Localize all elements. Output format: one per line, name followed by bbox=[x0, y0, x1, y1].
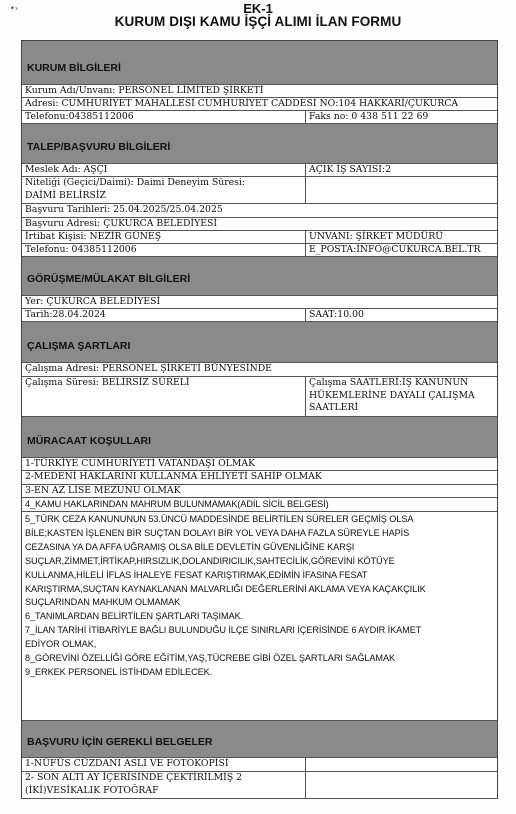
requirement-item: 1-TÜRKİYE CUMHURİYETİ VATANDAŞI OLMAK bbox=[22, 458, 497, 471]
section-title: TALEP/BAŞVURU BİLGİLERİ bbox=[27, 141, 170, 153]
requirement-line: BİLE;KASTEN İŞLENEN BİR SUÇTAN DOLAYI Bİ… bbox=[25, 527, 494, 541]
table-row: Çalışma Süresi: BELİRSİZ SÜRELİ Çalışma … bbox=[22, 377, 497, 417]
section-title: MÜRACAAT KOŞULLARI bbox=[27, 435, 151, 447]
requirement-line: KULLANMA,HİLELİ İFLAS İHALEYE FESAT KARI… bbox=[25, 569, 494, 583]
interview-time: SAAT:10.00 bbox=[306, 309, 497, 321]
requirement-line: 6_TANIMLARDAN BELİRTİLEN ŞARTLARI TAŞIMA… bbox=[25, 610, 494, 624]
table-row: Meslek Adı: AŞÇI AÇIK İŞ SAYISI:2 bbox=[22, 164, 497, 177]
table-row: Yer: ÇUKURCA BELEDİYESİ bbox=[22, 296, 497, 309]
requirement-line: 5_TÜRK CEZA KANUNUNUN 53.ÜNCÜ MADDESİNDE… bbox=[25, 513, 494, 527]
table-row: Başvuru Adresi: ÇUKURCA BELEDİYESİ bbox=[22, 218, 497, 231]
table-row: Adresi: CUMHURİYET MAHALLESİ CUMHURİYET … bbox=[22, 98, 497, 111]
requirement-item: 3-EN AZ LİSE MEZUNU OLMAK bbox=[22, 485, 497, 498]
section-title: KURUM BİLGİLERİ bbox=[27, 62, 121, 74]
requirement-line: 7_İLAN TARİHİ İTİBARİYLE BAĞLI BULUNDUĞU… bbox=[25, 624, 494, 638]
table-row: Niteliği (Geçici/Daimi): Daimi Deneyim S… bbox=[22, 177, 497, 204]
requirement-line: EDİYOR OLMAK, bbox=[25, 638, 494, 652]
section-header-muracaat: MÜRACAAT KOŞULLARI bbox=[22, 417, 497, 458]
document-text: 1-NÜFÜS CÜZDANI ASLI VE FOTOKOPİSİ bbox=[22, 758, 306, 771]
requirement-text: 2-MEDENİ HAKLARINI KULLANMA EHLİYETİ SAH… bbox=[22, 471, 497, 484]
interview-date: Tarih:28.04.2024 bbox=[22, 309, 306, 321]
section-title: BAŞVURU İÇİN GEREKLİ BELGELER bbox=[27, 736, 213, 748]
contact-title: UNVANI: ŞİRKET MÜDÜRÜ bbox=[306, 231, 497, 243]
section-header-gorusme: GÖRÜŞME/MÜLAKAT BİLGİLERİ bbox=[22, 257, 497, 296]
section-header-belgeler: BAŞVURU İÇİN GEREKLİ BELGELER bbox=[22, 721, 497, 758]
work-hours: Çalışma SAATLERİ:İŞ KANUNUN HÜKEMLERİNE … bbox=[306, 377, 497, 416]
empty-cell bbox=[306, 758, 497, 771]
table-row: Telefonu: 04385112006 E_POSTA:İNFO@CUKUR… bbox=[22, 244, 497, 257]
contact-email: E_POSTA:İNFO@CUKURCA.BEL.TR bbox=[306, 244, 497, 256]
table-row: Başvuru Tarihleri: 25.04.2025/25.04.2025 bbox=[22, 204, 497, 218]
contact-phone: Telefonu: 04385112006 bbox=[22, 244, 306, 256]
table-row: Çalışma Adresi: PERSONEL ŞİRKETİ BÜNYESİ… bbox=[22, 363, 497, 377]
institution-name: Kurum Adı/Unvanı: PERSONEL LİMİTED ŞİRKE… bbox=[22, 85, 497, 97]
requirement-line: KARIŞTIRMA,SUÇTAN KAYNAKLANAN MALVARLIĞI… bbox=[25, 583, 494, 597]
requirement-text: 1-TÜRKİYE CUMHURİYETİ VATANDAŞI OLMAK bbox=[22, 458, 497, 470]
table-row: Telefonu:04385112006 Faks no: 0 438 511 … bbox=[22, 111, 497, 124]
requirement-line: 9_ERKEK PERSONEL İSTİHDAM EDİLECEK. bbox=[25, 666, 494, 680]
interview-place: Yer: ÇUKURCA BELEDİYESİ bbox=[22, 296, 497, 308]
requirement-text: 3-EN AZ LİSE MEZUNU OLMAK bbox=[22, 485, 497, 497]
institution-address: Adresi: CUMHURİYET MAHALLESİ CUMHURİYET … bbox=[22, 98, 497, 110]
work-address: Çalışma Adresi: PERSONEL ŞİRKETİ BÜNYESİ… bbox=[22, 363, 497, 376]
open-positions: AÇIK İŞ SAYISI:2 bbox=[306, 164, 497, 176]
contact-person: İrtibat Kişisi: NEZİR GÜNEŞ bbox=[22, 231, 306, 243]
table-row: Tarih:28.04.2024 SAAT:10.00 bbox=[22, 309, 497, 322]
application-dates: Başvuru Tarihleri: 25.04.2025/25.04.2025 bbox=[22, 204, 497, 217]
requirement-item: 4_KAMU HAKLARINDAN MAHRUM BULUNMAMAK(ADİ… bbox=[22, 498, 497, 512]
work-duration: Çalışma Süresi: BELİRSİZ SÜRELİ bbox=[22, 377, 306, 416]
section-header-calisma: ÇALIŞMA ŞARTLARI bbox=[22, 322, 497, 363]
announcement-form: KURUM BİLGİLERİ Kurum Adı/Unvanı: PERSON… bbox=[21, 40, 498, 799]
requirement-line: SUÇLAR,ZİMMET,İRTİKAP,HIRSIZLIK,DOLANDIR… bbox=[25, 555, 494, 569]
table-row: İrtibat Kişisi: NEZİR GÜNEŞ UNVANI: ŞİRK… bbox=[22, 231, 497, 244]
empty-cell bbox=[306, 177, 497, 203]
requirement-line: CEZASINA YA DA AFFA UĞRAMIŞ OLSA BİLE DE… bbox=[25, 541, 494, 555]
requirement-block: 5_TÜRK CEZA KANUNUNUN 53.ÜNCÜ MADDESİNDE… bbox=[22, 512, 497, 721]
section-header-kurum: KURUM BİLGİLERİ bbox=[22, 41, 497, 85]
position-nature: Niteliği (Geçici/Daimi): Daimi Deneyim S… bbox=[22, 177, 306, 203]
application-address: Başvuru Adresi: ÇUKURCA BELEDİYESİ bbox=[22, 218, 497, 230]
requirement-text: 4_KAMU HAKLARINDAN MAHRUM BULUNMAMAK(ADİ… bbox=[22, 498, 497, 511]
document-item: 2- SON ALTI AY İÇERİSİNDE ÇEKTİRİLMİŞ 2 … bbox=[22, 772, 497, 799]
section-title: ÇALIŞMA ŞARTLARI bbox=[27, 340, 130, 352]
institution-phone: Telefonu:04385112006 bbox=[22, 111, 306, 123]
section-header-talep: TALEP/BAŞVURU BİLGİLERİ bbox=[22, 124, 497, 164]
section-title: GÖRÜŞME/MÜLAKAT BİLGİLERİ bbox=[27, 273, 190, 285]
requirement-item: 2-MEDENİ HAKLARINI KULLANMA EHLİYETİ SAH… bbox=[22, 471, 497, 485]
form-title: KURUM DIŞI KAMU İŞÇİ ALIMI İLAN FORMU bbox=[0, 14, 516, 29]
document-item: 1-NÜFÜS CÜZDANI ASLI VE FOTOKOPİSİ bbox=[22, 758, 497, 772]
occupation: Meslek Adı: AŞÇI bbox=[22, 164, 306, 176]
empty-cell bbox=[306, 772, 497, 798]
requirement-line: 8_GÖREVİNİ ÖZELLİĞİ GÖRE EĞİTİM,YAŞ,TÜCR… bbox=[25, 652, 494, 666]
document-text: 2- SON ALTI AY İÇERİSİNDE ÇEKTİRİLMİŞ 2 … bbox=[22, 772, 306, 798]
table-row: Kurum Adı/Unvanı: PERSONEL LİMİTED ŞİRKE… bbox=[22, 85, 497, 98]
institution-fax: Faks no: 0 438 511 22 69 bbox=[306, 111, 497, 123]
requirement-line: SUÇLARINDAN MAHKUM OLMAMAK bbox=[25, 596, 494, 610]
